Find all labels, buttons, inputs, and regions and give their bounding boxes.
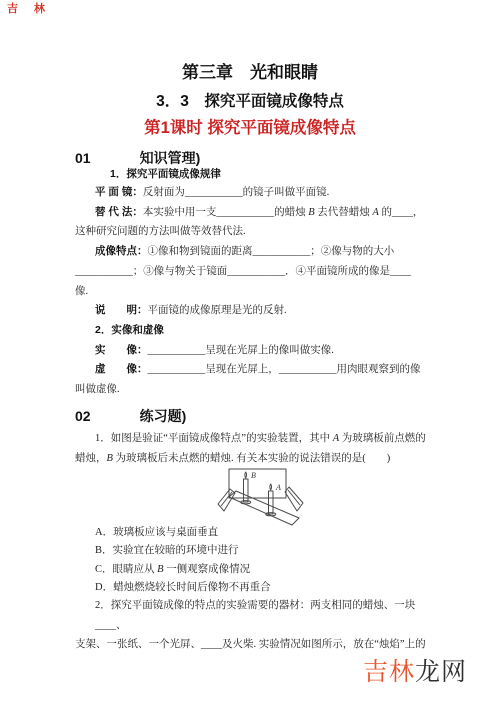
paper-strip: [229, 491, 299, 525]
section-02-header: 02练习题): [75, 406, 186, 426]
mirror-term-label: 平 面 镜：: [95, 186, 143, 198]
question-1: 1．如图是验证“平面镜成像特点”的实验装置，其中 A 为玻璃板前点燃的 蜡烛，B…: [75, 429, 433, 468]
knowledge-heading-2: 2．实像和虚像: [95, 321, 433, 341]
section-title: 3．3 探究平面镜成像特点: [0, 89, 500, 111]
worksheet-page: 吉 林 第三章 光和眼睛 3．3 探究平面镜成像特点 第1课时 探究平面镜成像特…: [0, 0, 500, 707]
virtual-image-text: ___________呈现在光屏上，___________用肉眼观察到的像: [148, 364, 421, 375]
virtual-image-line: 虚 像：___________呈现在光屏上，___________用肉眼观察到的…: [95, 360, 433, 380]
corner-red-mark-2: 林: [34, 3, 45, 15]
candle-a-label: A: [275, 483, 281, 492]
substitution-method-line: 替 代 法：本实验中用一支___________的蜡烛 B 去代替蜡烛 A 的_…: [95, 203, 433, 223]
watermark-part-2: 龙网: [415, 658, 467, 686]
candle-a-flame: [270, 484, 272, 490]
candle-b-label: B: [251, 471, 256, 480]
note-text: 平面镜的成像原理是光的反射.: [148, 305, 287, 316]
image-features-line: 成像特点：①像和物到镜面的距离___________；②像与物的大小: [95, 242, 433, 262]
section-01-header: 01知识管理): [75, 148, 200, 168]
real-image-text: ___________呈现在光屏上的像叫做实像.: [148, 345, 334, 356]
question-1-options: A．玻璃板应该与桌面垂直 B．实验宜在较暗的环境中进行 C．眼睛应从 B 一侧观…: [75, 524, 433, 598]
left-clip: [218, 489, 235, 511]
image-features-text: ①像和物到镜面的距离___________；②像与物的大小: [148, 246, 395, 257]
substitution-term-text: 本实验中用一支___________的蜡烛 B 去代替蜡烛 A 的____，: [143, 207, 424, 218]
right-clip: [285, 487, 303, 511]
section-02-label: 练习题): [140, 408, 187, 424]
corner-red-mark-1: 吉: [7, 3, 18, 15]
knowledge-lines: 平 面 镜：反射面为___________的镜子叫做平面镜. 替 代 法：本实验…: [75, 183, 433, 400]
question-1-line-1: 1．如图是验证“平面镜成像特点”的实验装置，其中 A 为玻璃板前点燃的: [95, 429, 433, 449]
real-image-label: 实 像：: [95, 344, 148, 356]
chapter-title: 第三章 光和眼睛: [0, 58, 500, 83]
candle-b: [244, 479, 249, 502]
option-b: B．实验宜在较暗的环境中进行: [95, 542, 433, 560]
note-label: 说 明：: [95, 304, 148, 316]
option-a: A．玻璃板应该与桌面垂直: [95, 524, 433, 542]
image-features-label: 成像特点：: [95, 245, 148, 257]
image-features-line-2: ___________；③像与物关于镜面___________．④平面镜所成的像…: [75, 262, 433, 282]
substitution-term-label: 替 代 法：: [95, 206, 143, 218]
substitution-method-line-2: 这种研究问题的方法叫做等效替代法.: [75, 222, 433, 242]
watermark-part-1: 吉林: [363, 658, 415, 686]
virtual-image-label: 虚 像：: [95, 363, 148, 375]
section-01-label: 知识管理): [140, 150, 201, 166]
mirror-term-text: 反射面为___________的镜子叫做平面镜.: [143, 187, 329, 198]
option-d: D．蜡烛燃烧较长时间后像物不再重合: [95, 579, 433, 597]
real-image-line: 实 像：___________呈现在光屏上的像叫做实像.: [95, 341, 433, 361]
site-watermark: 吉林龙网: [363, 652, 467, 688]
lesson-title: 第1课时 探究平面镜成像特点: [0, 114, 500, 138]
mirror-definition-line: 平 面 镜：反射面为___________的镜子叫做平面镜.: [95, 183, 433, 203]
question-2-line-1: 2．探究平面镜成像的特点的实验需要的器材：两支相同的蜡烛、一块____、: [95, 596, 433, 635]
section-02-number: 02: [75, 408, 91, 424]
candle-b-flame: [245, 472, 247, 478]
note-line: 说 明：平面镜的成像原理是光的反射.: [95, 301, 433, 321]
virtual-image-line-2: 叫做虚像.: [75, 380, 433, 400]
candle-a: [269, 491, 274, 514]
section-01-number: 01: [75, 150, 91, 166]
image-features-line-3: 像.: [75, 282, 433, 302]
question-2: 2．探究平面镜成像的特点的实验需要的器材：两支相同的蜡烛、一块____、 支架、…: [75, 596, 433, 655]
option-c: C．眼睛应从 B 一侧观察成像情况: [95, 561, 433, 579]
knowledge-heading-1: 1．探究平面镜成像规律: [110, 166, 468, 181]
